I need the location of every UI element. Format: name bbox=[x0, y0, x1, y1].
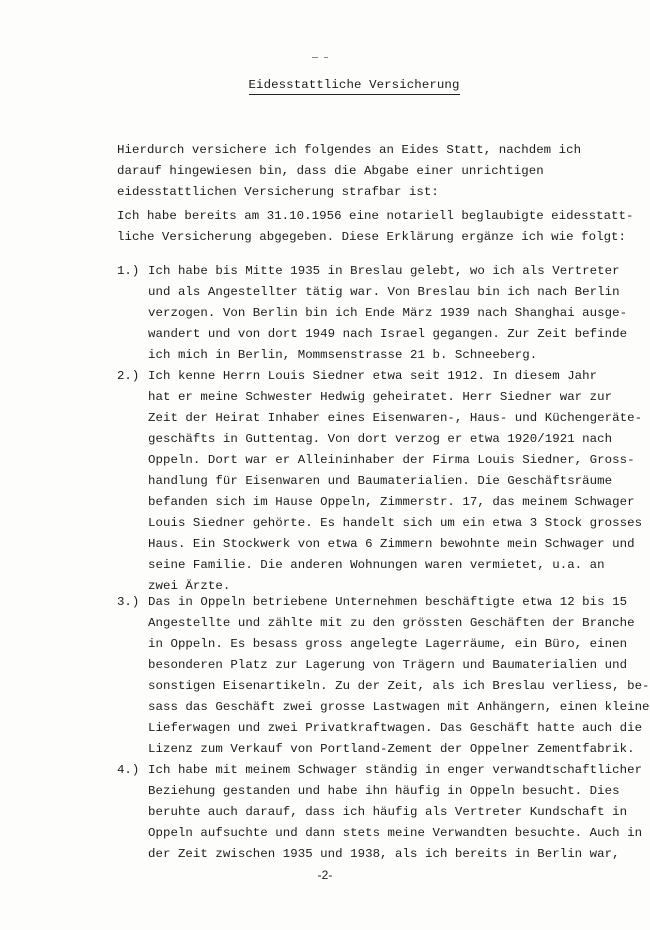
item-number: 4.) bbox=[117, 760, 139, 781]
text-line: besonderen Platz zur Lagerung von Träger… bbox=[148, 655, 647, 676]
text-line: verzogen. Von Berlin bin ich Ende März 1… bbox=[148, 303, 647, 324]
text-line: befanden sich im Hause Oppeln, Zimmerstr… bbox=[148, 492, 647, 513]
item-number: 3.) bbox=[117, 592, 139, 613]
text-line: handlung für Eisenwaren und Baumateriali… bbox=[148, 471, 647, 492]
document-page: Eidesstattliche Versicherung Hierdurch v… bbox=[0, 0, 650, 930]
numbered-item-3: 3.) Das in Oppeln betriebene Unternehmen… bbox=[117, 592, 647, 760]
text-line: Ich kenne Herrn Louis Siedner etwa seit … bbox=[148, 366, 647, 387]
item-number: 2.) bbox=[117, 366, 139, 387]
numbered-item-1: 1.) Ich habe bis Mitte 1935 in Breslau g… bbox=[117, 261, 647, 366]
title-text: Eidesstattliche Versicherung bbox=[249, 78, 460, 95]
text-line: Louis Siedner gehörte. Es handelt sich u… bbox=[148, 513, 647, 534]
text-line: seine Familie. Die anderen Wohnungen war… bbox=[148, 555, 647, 576]
text-line: Zeit der Heirat Inhaber eines Eisenwaren… bbox=[148, 408, 647, 429]
text-line: Lizenz zum Verkauf von Portland-Zement d… bbox=[148, 739, 647, 760]
document-title: Eidesstattliche Versicherung bbox=[0, 78, 650, 95]
item-body: Das in Oppeln betriebene Unternehmen bes… bbox=[148, 592, 647, 760]
text-line: beruhte auch darauf, dass ich häufig als… bbox=[148, 802, 647, 823]
text-line: sass das Geschäft zwei grosse Lastwagen … bbox=[148, 697, 647, 718]
text-line: Das in Oppeln betriebene Unternehmen bes… bbox=[148, 592, 647, 613]
text-line: eidesstattlichen Versicherung strafbar i… bbox=[117, 182, 637, 203]
text-line: und als Angestellter tätig war. Von Bres… bbox=[148, 282, 647, 303]
text-line: in Oppeln. Es besass gross angelegte Lag… bbox=[148, 634, 647, 655]
text-line: Lieferwagen und zwei Privatkraftwagen. D… bbox=[148, 718, 647, 739]
text-line: Haus. Ein Stockwerk von etwa 6 Zimmern b… bbox=[148, 534, 647, 555]
top-mark bbox=[312, 57, 318, 58]
item-body: Ich habe bis Mitte 1935 in Breslau geleb… bbox=[148, 261, 647, 366]
item-body: Ich kenne Herrn Louis Siedner etwa seit … bbox=[148, 366, 647, 597]
text-line: der Zeit zwischen 1935 und 1938, als ich… bbox=[148, 844, 647, 865]
text-line: geschäfts in Guttentag. Von dort verzog … bbox=[148, 429, 647, 450]
text-line: Ich habe bereits am 31.10.1956 eine nota… bbox=[117, 206, 637, 227]
text-line: sonstigen Eisenartikeln. Zu der Zeit, al… bbox=[148, 676, 647, 697]
text-line: Angestellte und zählte mit zu den grösst… bbox=[148, 613, 647, 634]
text-line: liche Versicherung abgegeben. Diese Erkl… bbox=[117, 227, 637, 248]
text-line: Oppeln aufsuchte und dann stets meine Ve… bbox=[148, 823, 647, 844]
intro-paragraph: Hierdurch versichere ich folgendes an Ei… bbox=[117, 140, 637, 203]
text-line: Hierdurch versichere ich folgendes an Ei… bbox=[117, 140, 637, 161]
text-line: Beziehung gestanden und habe ihn häufig … bbox=[148, 781, 647, 802]
page-number: -2- bbox=[0, 868, 650, 882]
prior-declaration-paragraph: Ich habe bereits am 31.10.1956 eine nota… bbox=[117, 206, 637, 248]
text-line: Oppeln. Dort war er Alleininhaber der Fi… bbox=[148, 450, 647, 471]
item-number: 1.) bbox=[117, 261, 139, 282]
text-line: wandert und von dort 1949 nach Israel ge… bbox=[148, 324, 647, 345]
numbered-item-2: 2.) Ich kenne Herrn Louis Siedner etwa s… bbox=[117, 366, 647, 597]
item-body: Ich habe mit meinem Schwager ständig in … bbox=[148, 760, 647, 865]
top-mark bbox=[324, 57, 328, 58]
text-line: ich mich in Berlin, Mommsenstrasse 21 b.… bbox=[148, 345, 647, 366]
text-line: Ich habe bis Mitte 1935 in Breslau geleb… bbox=[148, 261, 647, 282]
numbered-item-4: 4.) Ich habe mit meinem Schwager ständig… bbox=[117, 760, 647, 865]
text-line: darauf hingewiesen bin, dass die Abgabe … bbox=[117, 161, 637, 182]
text-line: Ich habe mit meinem Schwager ständig in … bbox=[148, 760, 647, 781]
text-line: hat er meine Schwester Hedwig geheiratet… bbox=[148, 387, 647, 408]
